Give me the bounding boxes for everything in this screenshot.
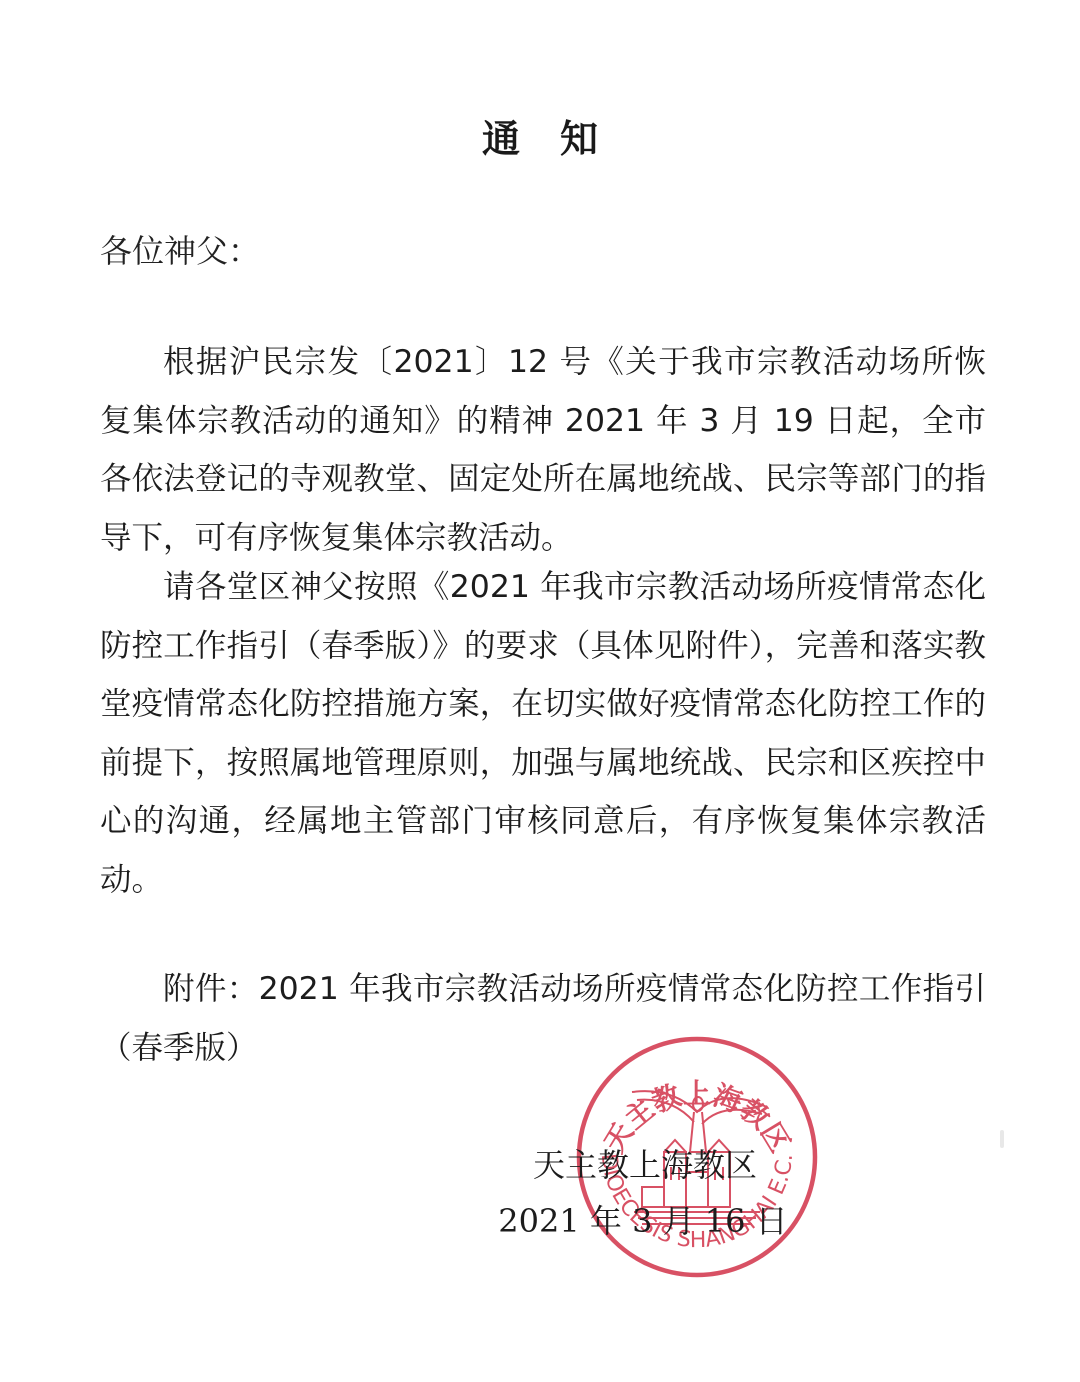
signature-date: 2021 年 3 月 16 日 (498, 1196, 788, 1242)
paragraph-1: 根据沪民宗发〔2021〕12 号《关于我市宗教活动场所恢复集体宗教活动的通知》的… (100, 333, 986, 567)
document-page: 通知 各位神父： 根据沪民宗发〔2021〕12 号《关于我市宗教活动场所恢复集体… (0, 0, 1080, 1382)
document-title: 通知 (0, 108, 1080, 163)
paragraph-2: 请各堂区神父按照《2021 年我市宗教活动场所疫情常态化防控工作指引（春季版）》… (100, 558, 986, 909)
scan-speck (1000, 1130, 1004, 1148)
attachment-note: 附件：2021 年我市宗教活动场所疫情常态化防控工作指引（春季版） (100, 960, 986, 1077)
signature-organization: 天主教上海教区 (505, 1140, 785, 1186)
salutation: 各位神父： (100, 226, 260, 272)
